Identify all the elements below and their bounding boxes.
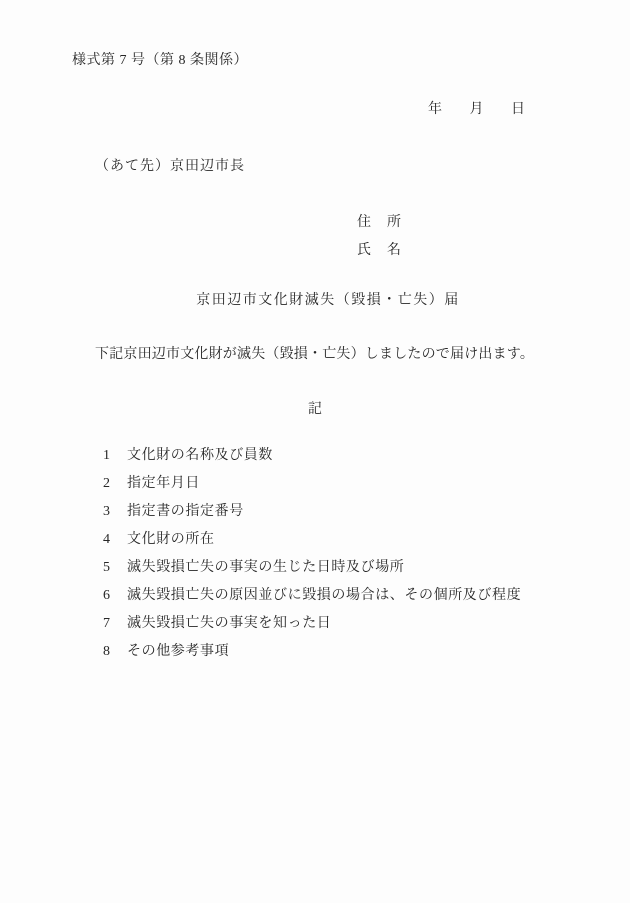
- item-number: 7: [103, 617, 127, 631]
- item-text: 指定年月日: [127, 477, 200, 491]
- item-text: その他参考事項: [127, 645, 229, 659]
- list-item: 1 文化財の名称及び員数: [103, 449, 521, 477]
- name-label: 氏 名: [357, 244, 402, 258]
- item-number: 1: [103, 449, 127, 463]
- item-number: 3: [103, 505, 127, 519]
- list-item: 4 文化財の所在: [103, 533, 521, 561]
- list-item: 8 その他参考事項: [103, 645, 521, 673]
- addressee: （あて先）京田辺市長: [95, 160, 245, 174]
- item-text: 文化財の名称及び員数: [127, 449, 273, 463]
- list-heading: 記: [0, 403, 630, 417]
- item-number: 8: [103, 645, 127, 659]
- item-list: 1 文化財の名称及び員数 2 指定年月日 3 指定書の指定番号 4 文化財の所在…: [103, 449, 521, 673]
- item-text: 滅失毀損亡失の事実の生じた日時及び場所: [127, 561, 404, 575]
- form-number: 様式第 7 号（第 8 条関係）: [72, 54, 248, 68]
- date-year-label: 年: [428, 102, 442, 117]
- list-item: 2 指定年月日: [103, 477, 521, 505]
- address-label: 住 所: [357, 216, 402, 230]
- list-item: 5 滅失毀損亡失の事実の生じた日時及び場所: [103, 561, 521, 589]
- list-item: 3 指定書の指定番号: [103, 505, 521, 533]
- item-number: 4: [103, 533, 127, 547]
- list-item: 7 滅失毀損亡失の事実を知った日: [103, 617, 521, 645]
- item-number: 6: [103, 589, 127, 603]
- document-title: 京田辺市文化財滅失（毀損・亡失）届: [0, 294, 630, 308]
- date-month-label: 月: [470, 102, 484, 117]
- item-text: 滅失毀損亡失の事実を知った日: [127, 617, 331, 631]
- form-page: 様式第 7 号（第 8 条関係） 年 月 日 （あて先）京田辺市長 住 所 氏 …: [0, 0, 630, 903]
- item-text: 指定書の指定番号: [127, 505, 244, 519]
- list-item: 6 滅失毀損亡失の原因並びに毀損の場合は、その個所及び程度: [103, 589, 521, 617]
- item-number: 2: [103, 477, 127, 491]
- item-number: 5: [103, 561, 127, 575]
- body-text: 下記京田辺市文化財が滅失（毀損・亡失）しましたので届け出ます。: [95, 348, 534, 362]
- item-text: 滅失毀損亡失の原因並びに毀損の場合は、その個所及び程度: [127, 589, 521, 603]
- item-text: 文化財の所在: [127, 533, 215, 547]
- date-line: 年 月 日: [428, 103, 525, 117]
- date-day-label: 日: [511, 102, 525, 117]
